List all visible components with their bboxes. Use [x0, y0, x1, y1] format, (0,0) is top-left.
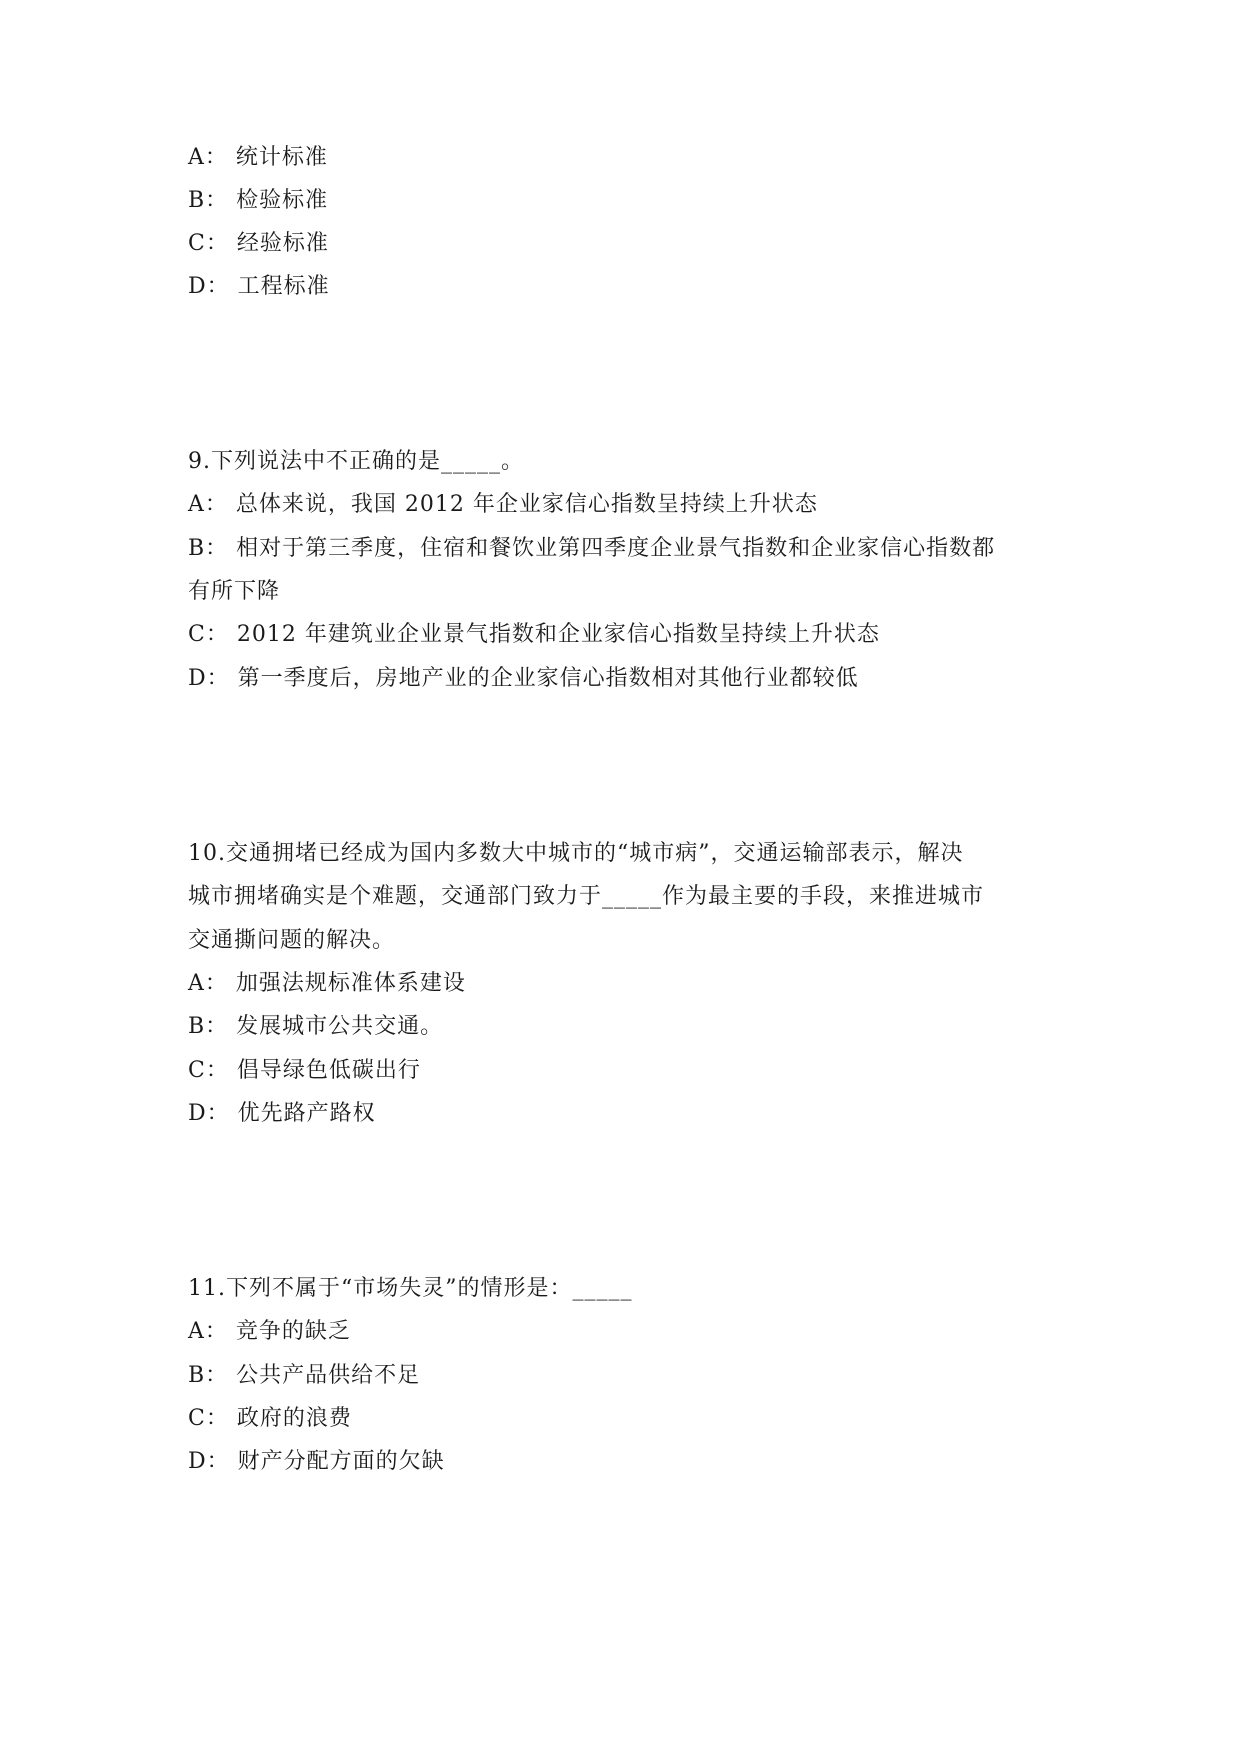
- option-a: A： 总体来说，我国 2012 年企业家信心指数呈持续上升状态: [188, 490, 818, 520]
- question-stem-line-3: 交通撕问题的解决。: [188, 926, 395, 956]
- option-c: C： 2012 年建筑业企业景气指数和企业家信心指数呈持续上升状态: [188, 620, 880, 650]
- option-d: D： 财产分配方面的欠缺: [188, 1447, 445, 1477]
- question-stem: 11.下列不属于“市场失灵”的情形是：_____: [188, 1274, 632, 1304]
- option-d: D： 工程标准: [188, 272, 330, 302]
- option-b: B： 检验标准: [188, 186, 328, 216]
- option-c: C： 倡导绿色低碳出行: [188, 1056, 421, 1086]
- option-a: A： 统计标准: [188, 143, 328, 173]
- option-c: C： 政府的浪费: [188, 1404, 352, 1434]
- option-c: C： 经验标准: [188, 229, 329, 259]
- question-stem-line-2: 城市拥堵确实是个难题，交通部门致力于_____作为最主要的手段，来推进城市: [188, 882, 984, 912]
- question-stem-line-1: 10.交通拥堵已经成为国内多数大中城市的“城市病”，交通运输部表示，解决: [188, 839, 963, 869]
- option-d: D： 第一季度后，房地产业的企业家信心指数相对其他行业都较低: [188, 664, 859, 694]
- option-b: B： 相对于第三季度，住宿和餐饮业第四季度企业景气指数和企业家信心指数都: [188, 534, 995, 564]
- option-d: D： 优先路产路权: [188, 1099, 376, 1129]
- question-stem: 9.下列说法中不正确的是_____。: [188, 447, 524, 477]
- option-b: B： 公共产品供给不足: [188, 1361, 420, 1391]
- option-a: A： 加强法规标准体系建设: [188, 969, 466, 999]
- option-b: B： 发展城市公共交通。: [188, 1012, 443, 1042]
- option-a: A： 竞争的缺乏: [188, 1317, 351, 1347]
- option-b-continued: 有所下降: [188, 577, 280, 607]
